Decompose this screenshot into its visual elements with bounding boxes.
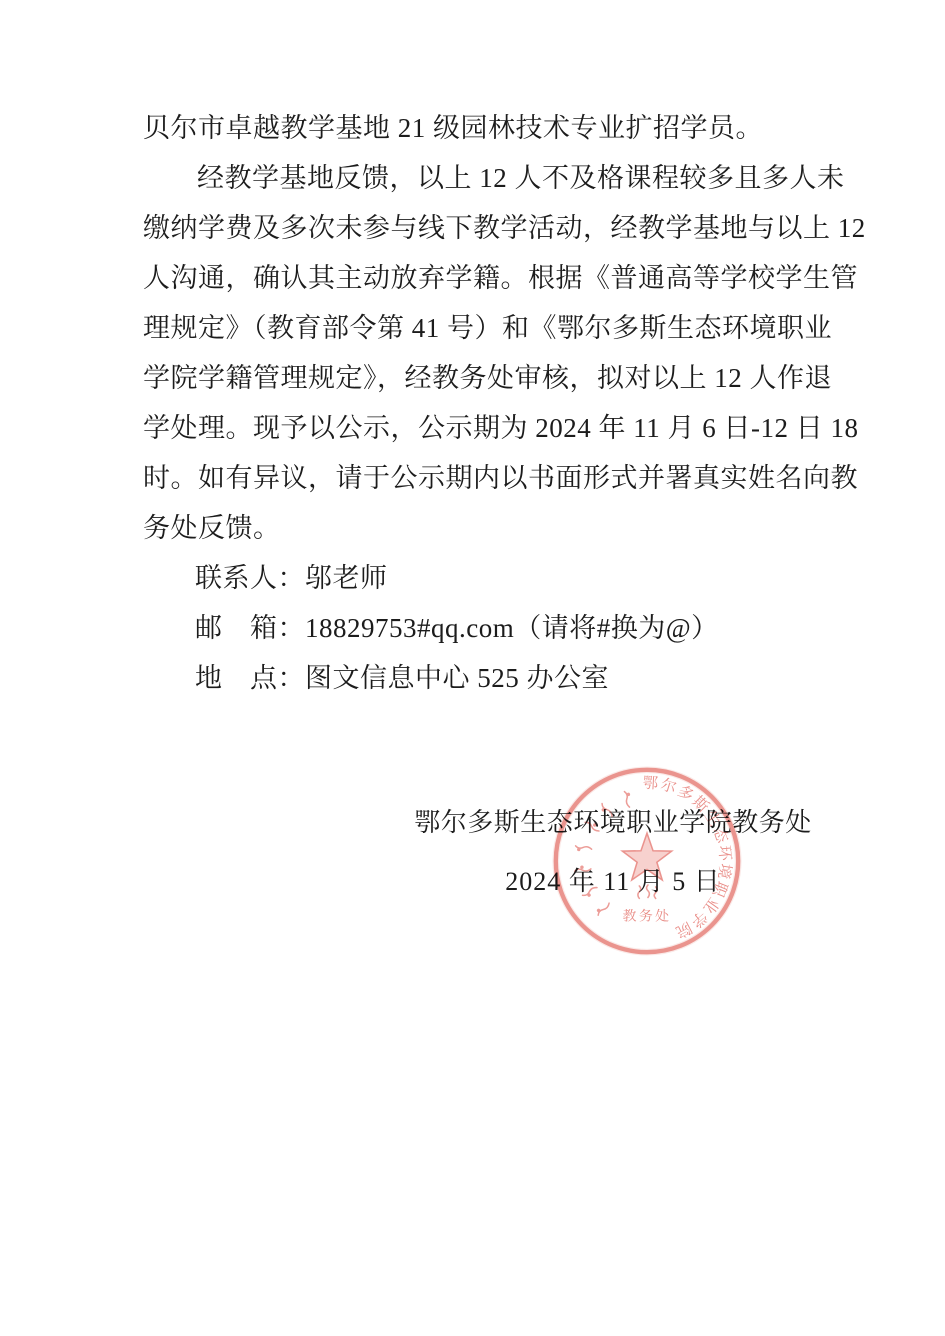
body-line: 时。如有异议，请于公示期内以书面形式并署真实姓名向教 [143,453,815,503]
body-line: 贝尔市卓越教学基地 21 级园林技术专业扩招学员。 [143,103,815,153]
contact-location-row: 地 点：图文信息中心 525 办公室 [143,653,815,703]
signature-org: 鄂尔多斯生态环境职业学院教务处 [408,806,818,840]
contact-person-label: 联系人： [195,563,305,593]
contact-email-row: 邮 箱：18829753#qq.com（请将#换为@） [143,603,815,653]
document-page: 贝尔市卓越教学基地 21 级园林技术专业扩招学员。 经教学基地反馈，以上 12 … [0,0,945,1336]
contact-location-value: 图文信息中心 525 办公室 [305,663,609,693]
body-line: 学院学籍管理规定》，经教务处审核，拟对以上 12 人作退 [143,353,815,403]
contact-location-label: 地 点： [195,663,305,693]
contact-person-value: 邬老师 [305,563,388,593]
document-body: 贝尔市卓越教学基地 21 级园林技术专业扩招学员。 经教学基地反馈，以上 12 … [143,103,815,703]
body-line: 经教学基地反馈，以上 12 人不及格课程较多且多人未 [143,153,815,203]
body-line: 学处理。现予以公示，公示期为 2024 年 11 月 6 日-12 日 18 [143,403,815,453]
signature-date: 2024 年 11 月 5 日 [408,866,818,898]
body-line: 缴纳学费及多次未参与线下教学活动，经教学基地与以上 12 [143,203,815,253]
body-line: 务处反馈。 [143,503,815,553]
contact-email-label: 邮 箱： [195,613,305,643]
seal-department-text: 教务处 [623,908,672,925]
contact-person-row: 联系人：邬老师 [143,553,815,603]
body-line: 人沟通，确认其主动放弃学籍。根据《普通高等学校学生管 [143,253,815,303]
body-line: 理规定》（教育部令第 41 号）和《鄂尔多斯生态环境职业 [143,303,815,353]
contact-email-value: 18829753#qq.com（请将#换为@） [305,613,719,643]
signature-block: 鄂尔多斯生态环境职业学院教务处 2024 年 11 月 5 日 [408,806,818,898]
